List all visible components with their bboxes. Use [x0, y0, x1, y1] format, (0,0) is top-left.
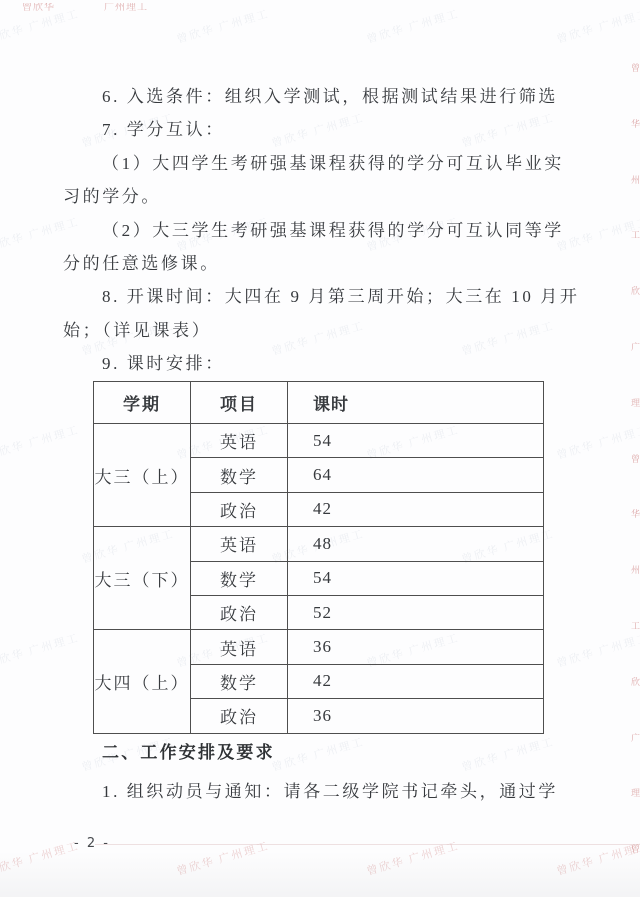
- subject-cell: 政治: [191, 492, 288, 526]
- watermark-text: 曾欣华 广州理工: [0, 421, 81, 463]
- hours-cell: 36: [288, 630, 544, 664]
- red-stamp-fragment: 曾欣华: [22, 3, 55, 13]
- course-hours-table: 学期 项目 课时 大三（上） 英语 54 数学 64 政治 42 大三（下） 英…: [93, 381, 544, 734]
- red-stamp-fragment: 工曾: [631, 230, 640, 240]
- watermark-text: 曾欣华 广州理工: [0, 5, 81, 47]
- watermark-text: 曾欣华 广州理工: [555, 421, 640, 463]
- red-stamp-fragment: 广州: [631, 342, 640, 352]
- table-row: 大三（上） 英语 54: [94, 424, 544, 458]
- red-stamp-fragment: 工曾: [631, 621, 640, 631]
- table-row: 大三（下） 英语 48: [94, 527, 544, 561]
- body-text-lower: 二、工作安排及要求 1. 组织动员与通知：请各二级学院书记牵头，通过学: [63, 733, 579, 811]
- hours-cell: 64: [288, 458, 544, 492]
- paragraph-line: 分的任意选修课。: [63, 247, 579, 280]
- red-stamp-fragment: 曾欣: [631, 844, 640, 854]
- red-stamp-fragment: 理工: [631, 788, 640, 798]
- paragraph-line: （2）大三学生考研强基课程获得的学分可互认同等学: [63, 214, 579, 247]
- red-stamp-fragment: 欣华: [631, 286, 640, 296]
- red-stamp-fragment: 华广: [631, 119, 640, 129]
- subject-cell: 英语: [191, 630, 288, 664]
- semester-cell: 大三（下）: [94, 527, 191, 630]
- watermark-text: 曾欣华 广州理工: [555, 5, 640, 47]
- hours-cell: 36: [288, 699, 544, 733]
- paragraph-line: 9. 课时安排：: [63, 347, 579, 380]
- table-header-row: 学期 项目 课时: [94, 382, 544, 424]
- red-stamp-fragment: 州理: [631, 565, 640, 575]
- red-stamp-fragment: 广州理工: [104, 3, 148, 13]
- subject-cell: 政治: [191, 595, 288, 629]
- paragraph-line: 8. 开课时间：大四在 9 月第三周开始；大三在 10 月开: [63, 280, 579, 313]
- subject-cell: 英语: [191, 424, 288, 458]
- paragraph-line: 始；（详见课表）: [63, 314, 579, 347]
- scan-artifact-line: [95, 844, 640, 845]
- red-stamp-fragment: 曾欣: [631, 454, 640, 464]
- section-heading: 二、工作安排及要求: [63, 733, 579, 772]
- paragraph-line: 7. 学分互认：: [63, 113, 579, 146]
- watermark-text: 曾欣华 广州理工: [175, 5, 271, 47]
- hours-cell: 54: [288, 561, 544, 595]
- subject-cell: 数学: [191, 561, 288, 595]
- semester-cell: 大三（上）: [94, 424, 191, 527]
- red-stamp-fragment: 广州: [631, 733, 640, 743]
- page-number: - 2 -: [74, 836, 110, 851]
- hours-cell: 48: [288, 527, 544, 561]
- watermark-text: 曾欣华 广州理工: [0, 837, 81, 879]
- table-row: 大四（上） 英语 36: [94, 630, 544, 664]
- red-stamp-fragment: 州理: [631, 175, 640, 185]
- hours-cell: 54: [288, 424, 544, 458]
- col-header-hours: 课时: [288, 382, 544, 424]
- paragraph-line: （1）大四学生考研强基课程获得的学分可互认毕业实: [63, 147, 579, 180]
- watermark-text: 曾欣华 广州理工: [555, 629, 640, 671]
- subject-cell: 政治: [191, 699, 288, 733]
- semester-cell: 大四（上）: [94, 630, 191, 733]
- watermark-text: 曾欣华 广州理工: [0, 629, 81, 671]
- hours-cell: 42: [288, 664, 544, 698]
- red-stamp-fragment: 曾欣: [631, 63, 640, 73]
- body-text-upper: 6. 入选条件：组织入学测试，根据测试结果进行筛选 7. 学分互认： （1）大四…: [63, 80, 579, 381]
- hours-cell: 42: [288, 492, 544, 526]
- hours-cell: 52: [288, 595, 544, 629]
- red-stamp-fragment: 欣华: [631, 677, 640, 687]
- red-stamp-fragment: 华广: [631, 509, 640, 519]
- paragraph-line: 习的学分。: [63, 180, 579, 213]
- watermark-text: 曾欣华 广州理工: [365, 5, 461, 47]
- red-stamp-fragment: 理工: [631, 398, 640, 408]
- paragraph-line: 1. 组织动员与通知：请各二级学院书记牵头，通过学: [63, 772, 579, 811]
- col-header-semester: 学期: [94, 382, 191, 424]
- subject-cell: 数学: [191, 664, 288, 698]
- document-page: 曾欣华 广州理工曾欣华 广州理工曾欣华 广州理工曾欣华 广州理工曾欣华 广州理工…: [0, 0, 640, 897]
- col-header-subject: 项目: [191, 382, 288, 424]
- subject-cell: 数学: [191, 458, 288, 492]
- subject-cell: 英语: [191, 527, 288, 561]
- paragraph-line: 6. 入选条件：组织入学测试，根据测试结果进行筛选: [63, 80, 579, 113]
